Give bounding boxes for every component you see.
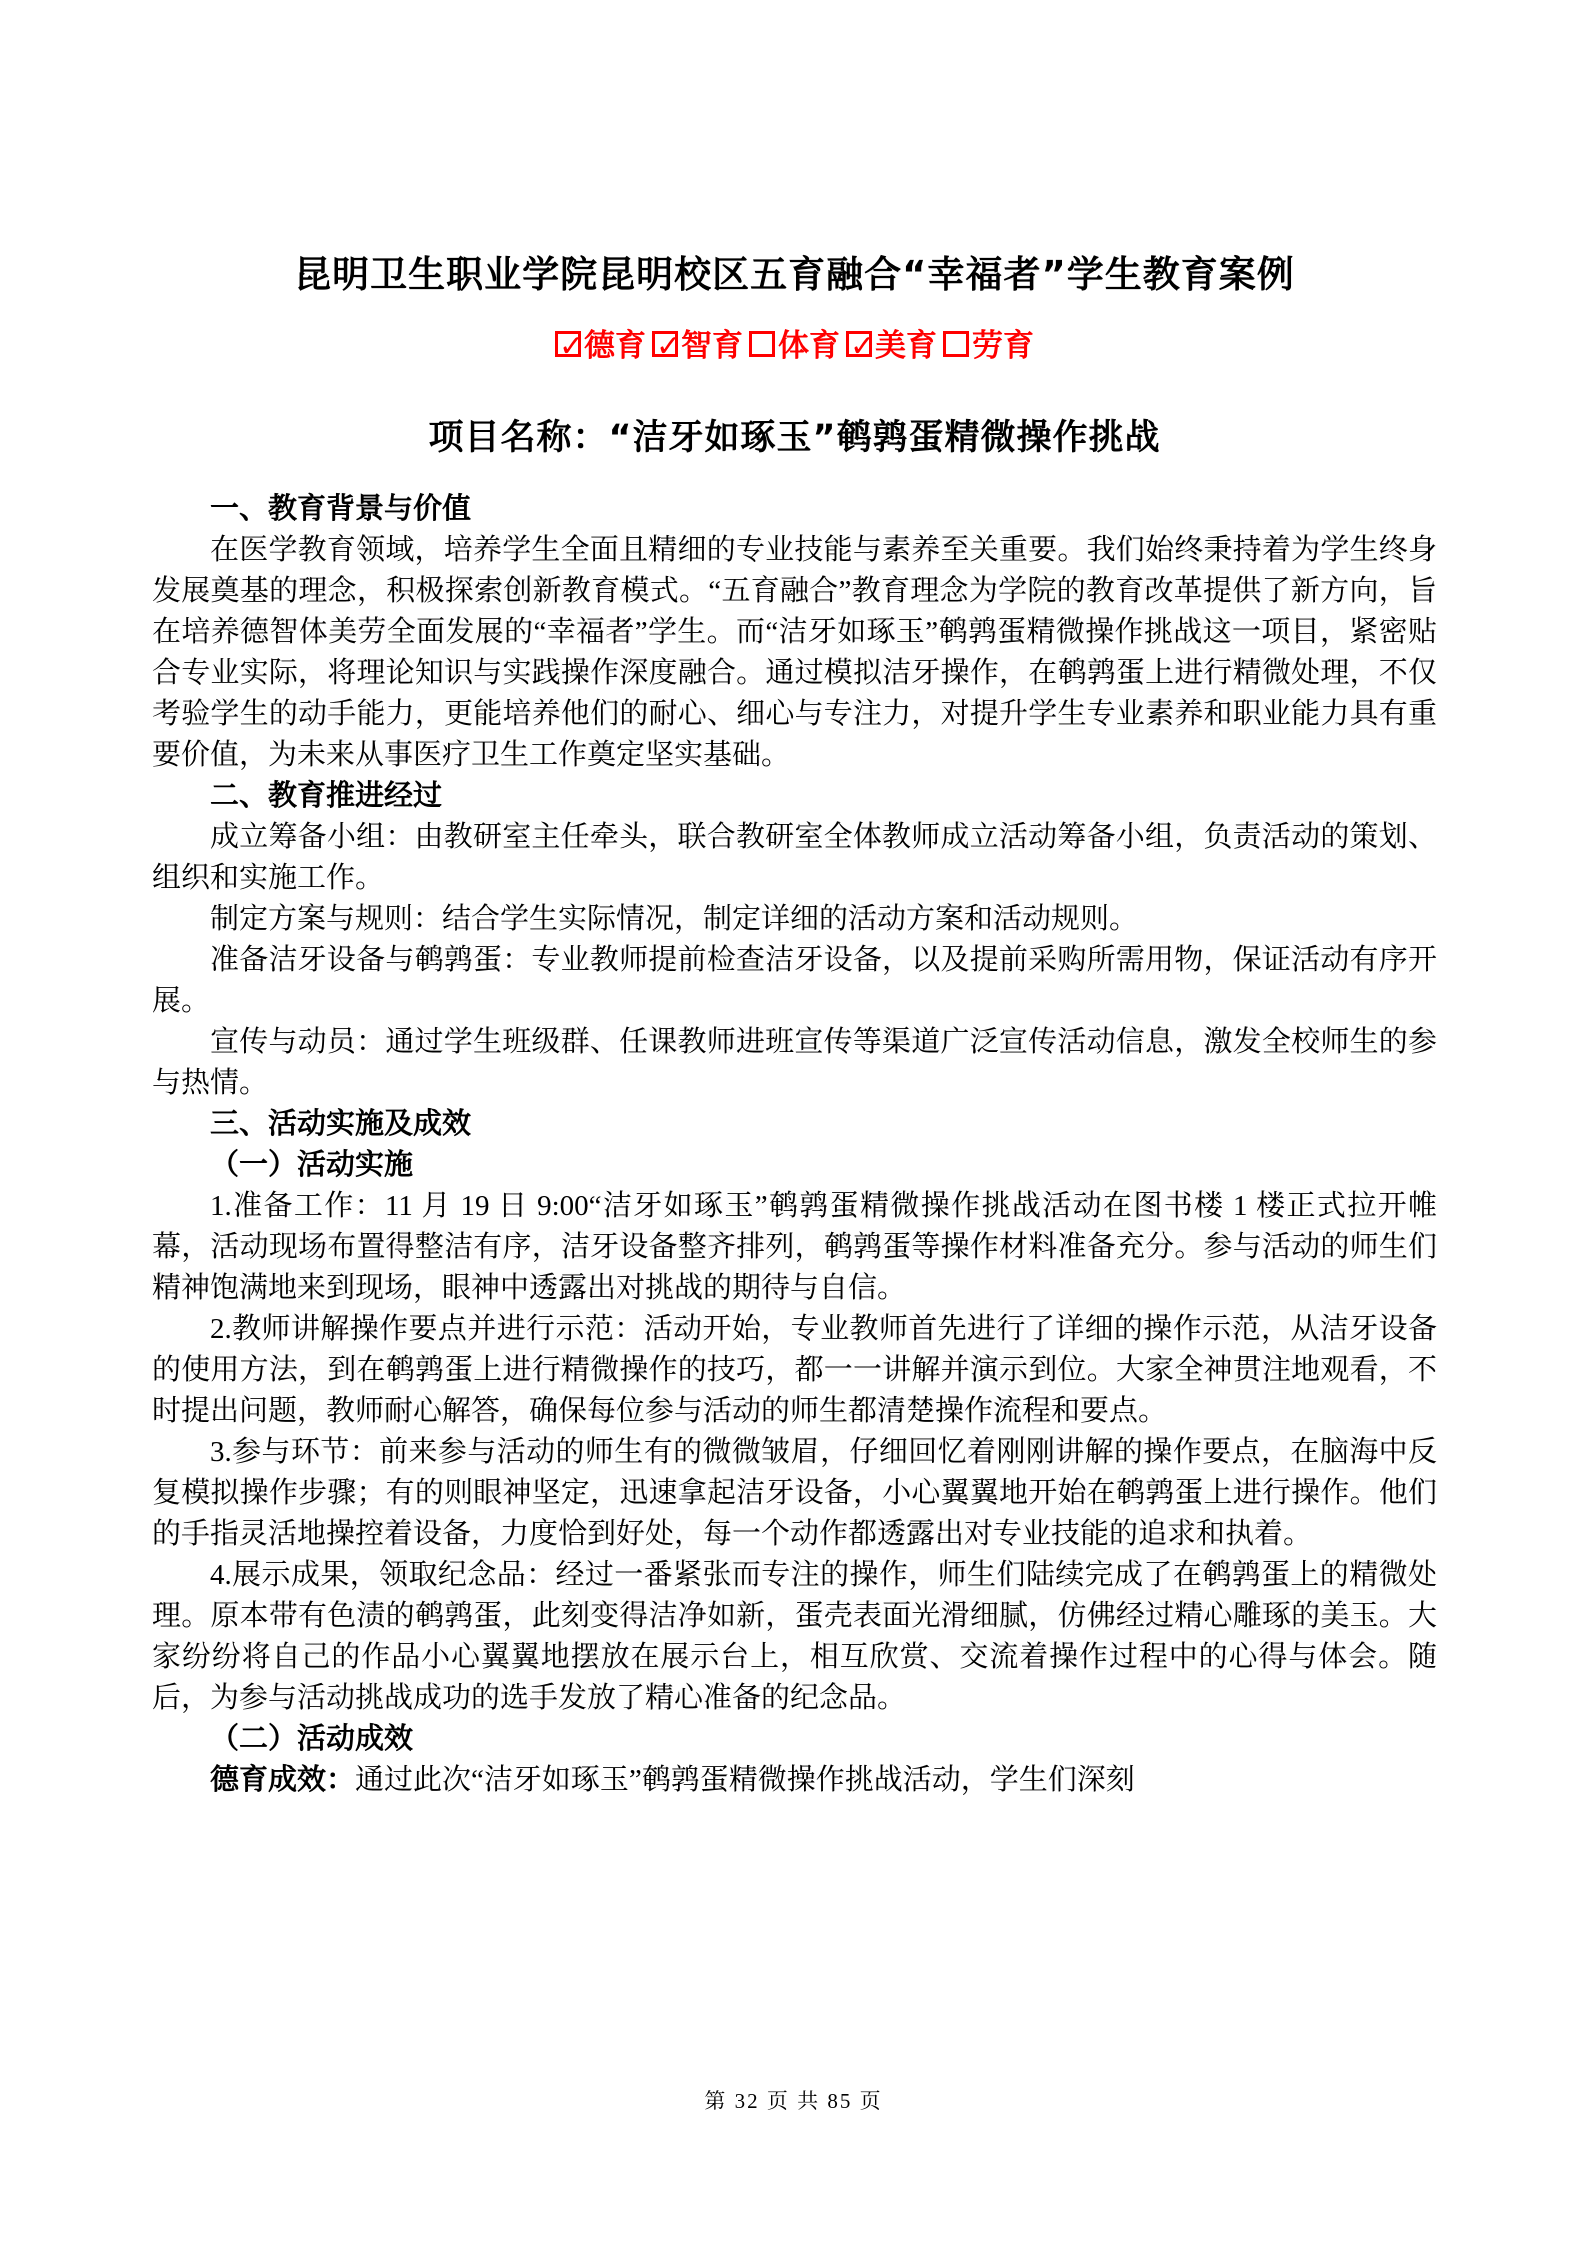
paragraph-text: 通过此次“洁牙如琢玉”鹌鹑蛋精微操作挑战活动，学生们深刻 [355,1764,1135,1796]
body-paragraph: 宣传与动员：通过学生班级群、任课教师进班宣传等渠道广泛宣传活动信息，激发全校师生… [152,1022,1437,1104]
section-heading: 二、教育推进经过 [152,776,1437,817]
body-paragraph: 制定方案与规则：结合学生实际情况，制定详细的活动方案和活动规则。 [152,899,1437,940]
page-footer: 第 32 页 共 85 页 [0,2088,1587,2114]
five-edu-checkbox-row: 德育智育体育美育劳育 [152,326,1437,366]
section-heading: （二）活动成效 [152,1719,1437,1760]
body-paragraph: 德育成效：通过此次“洁牙如琢玉”鹌鹑蛋精微操作挑战活动，学生们深刻 [152,1760,1437,1801]
body-paragraph: 3.参与环节：前来参与活动的师生有的微微皱眉，仔细回忆着刚刚讲解的操作要点，在脑… [152,1432,1437,1555]
document-page: 昆明卫生职业学院昆明校区五育融合“幸福者”学生教育案例 德育智育体育美育劳育 项… [0,0,1587,2245]
five-edu-label: 美育 [875,328,937,364]
checkbox-checked-icon [652,331,678,357]
document-body: 一、教育背景与价值在医学教育领域，培养学生全面且精细的专业技能与素养至关重要。我… [152,489,1437,1801]
five-edu-label: 智育 [681,328,743,364]
five-edu-label: 劳育 [972,328,1034,364]
body-paragraph: 4.展示成果，领取纪念品：经过一番紧张而专注的操作，师生们陆续完成了在鹌鹑蛋上的… [152,1555,1437,1719]
five-edu-label: 德育 [584,328,646,364]
body-paragraph: 准备洁牙设备与鹌鹑蛋：专业教师提前检查洁牙设备，以及提前采购所需用物，保证活动有… [152,940,1437,1022]
checkbox-unchecked-icon [943,331,969,357]
page-number-label: 第 32 页 共 85 页 [704,2089,882,2113]
five-edu-label: 体育 [778,328,840,364]
checkbox-checked-icon [555,331,581,357]
checkbox-checked-icon [846,331,872,357]
document-title: 昆明卫生职业学院昆明校区五育融合“幸福者”学生教育案例 [152,252,1437,298]
section-heading: 一、教育背景与价值 [152,489,1437,530]
body-paragraph: 成立筹备小组：由教研室主任牵头，联合教研室全体教师成立活动筹备小组，负责活动的策… [152,817,1437,899]
section-heading: 三、活动实施及成效 [152,1104,1437,1145]
paragraph-lead: 德育成效： [210,1764,355,1796]
document-content: 昆明卫生职业学院昆明校区五育融合“幸福者”学生教育案例 德育智育体育美育劳育 项… [152,252,1437,1801]
body-paragraph: 在医学教育领域，培养学生全面且精细的专业技能与素养至关重要。我们始终秉持着为学生… [152,530,1437,776]
body-paragraph: 1.准备工作：11 月 19 日 9:00“洁牙如琢玉”鹌鹑蛋精微操作挑战活动在… [152,1186,1437,1309]
project-title: 项目名称：“洁牙如琢玉”鹌鹑蛋精微操作挑战 [152,416,1437,460]
checkbox-unchecked-icon [749,331,775,357]
body-paragraph: 2.教师讲解操作要点并进行示范：活动开始，专业教师首先进行了详细的操作示范，从洁… [152,1309,1437,1432]
section-heading: （一）活动实施 [152,1145,1437,1186]
